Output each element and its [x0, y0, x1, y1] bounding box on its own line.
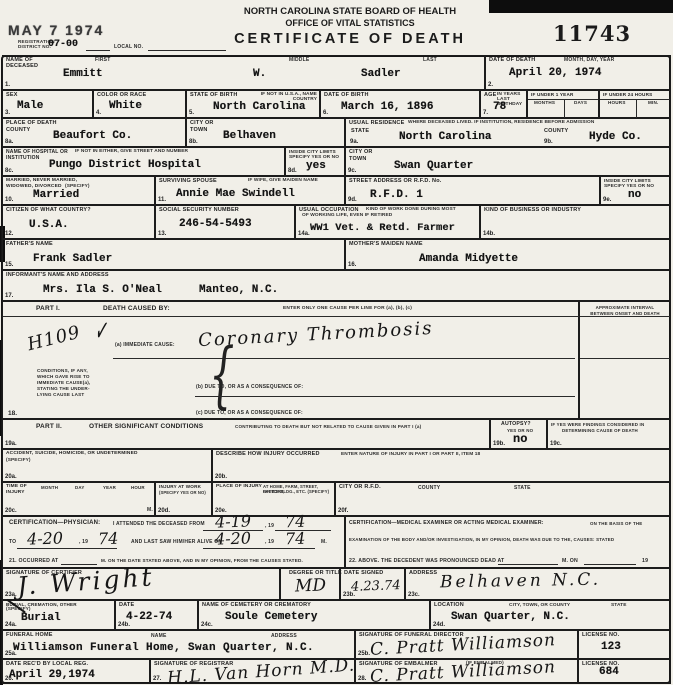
informant-address: Manteo, N.C.	[199, 284, 278, 296]
deceased-first-name: Emmitt	[63, 68, 103, 80]
res-state-value: North Carolina	[399, 131, 491, 143]
field-state-of-birth: STATE OF BIRTH IF NOT IN U.S.A., NAME CO…	[186, 90, 320, 118]
field-place-of-death-county: PLACE OF DEATH COUNTY 8a. Beaufort Co.	[2, 118, 186, 147]
org-name: NORTH CAROLINA STATE BOARD OF HEALTH	[190, 6, 510, 17]
injury-state-label: STATE	[514, 485, 531, 491]
informant-name: Mrs. Ila S. O'Neal	[43, 284, 162, 296]
field-inside-city-limits-res: INSIDE CITY LIMITS SPECIFY YES OR NO 9e.…	[600, 176, 671, 205]
deceased-last-name: Sadler	[361, 68, 401, 80]
part2-title: PART II.	[36, 423, 62, 431]
res-county-value: Hyde Co.	[589, 131, 642, 143]
part1-number: 18.	[8, 410, 17, 417]
field-cemetery: NAME OF CEMETERY OR CREMATORY 24c. Soule…	[198, 600, 430, 630]
field-place-of-injury: PLACE OF INJURY AT HOME, FARM, STREET, F…	[212, 482, 335, 516]
field-age: AGE IN YEARS LAST BIRTHDAY 7. 78	[480, 90, 527, 118]
last-saw-date: 4-20	[215, 528, 252, 548]
first-label: FIRST	[95, 57, 110, 63]
field-funeral-home: FUNERAL HOME NAME ADDRESS 25a. Williamso…	[2, 630, 355, 659]
field-burial-date: DATE 24b. 4-22-74	[115, 600, 198, 630]
field-surviving-spouse: SURVIVING SPOUSE IF WIFE, GIVE MAIDEN NA…	[155, 176, 345, 205]
registrar-signature: H.L. Van Horn M.D.	[167, 655, 356, 685]
attended-to-date: 4-20	[27, 528, 64, 548]
field-date-received: DATE REC'D BY LOCAL REG. 26. April 29,19…	[2, 659, 150, 684]
certification-medical-examiner: CERTIFICATION—MEDICAL EXAMINER OR ACTING…	[345, 516, 671, 568]
certifier-address-value: Belhaven N.C.	[440, 570, 601, 593]
field-if-under-1-year: IF UNDER 1 YEAR MONTHS DAYS	[527, 90, 599, 118]
field-funeral-director-signature: SIGNATURE OF FUNERAL DIRECTOR 25b. C. Pr…	[355, 630, 578, 659]
date-of-death-value: April 20, 1974	[509, 67, 601, 79]
field-place-of-death-city: CITY OR TOWN 8b. Belhaven	[186, 118, 345, 147]
registration-district-value: 07-00	[48, 39, 78, 50]
field-accident-type: ACCIDENT, SUICIDE, HOMICIDE, OR UNDETERM…	[2, 449, 212, 482]
part2-sub: CONTRIBUTING TO DEATH BUT NOT RELATED TO…	[235, 424, 421, 429]
document-title: CERTIFICATE OF DEATH	[170, 31, 530, 47]
field-business: KIND OF BUSINESS OR INDUSTRY 14b.	[480, 205, 671, 239]
field-certifier-address: ADDRESS 23c. Belhaven N.C.	[405, 568, 671, 600]
field-signature-of-certifier: SIGNATURE OF CERTIFIER 23a. J. Wright	[2, 568, 280, 600]
res-county-label: COUNTY	[544, 128, 568, 135]
embalmer-license-value: 684	[599, 666, 619, 678]
last-label: LAST	[423, 57, 437, 63]
part1-caused-by: DEATH CAUSED BY:	[103, 305, 170, 313]
field-if-under-24-hours: IF UNDER 24 HOURS HOURS MIN.	[599, 90, 671, 118]
certificate-number: 11743	[553, 21, 631, 46]
field-inside-city-limits-death: INSIDE CITY LIMITS SPECIFY YES OR NO 8d.…	[285, 147, 345, 176]
part1-note: ENTER ONLY ONE CAUSE PER LINE FOR (a), (…	[283, 306, 412, 311]
field-date-signed: DATE SIGNED 23b. 4.23.74	[340, 568, 405, 600]
injury-city-label: CITY OR R.F.D.	[339, 484, 381, 491]
certifier-signature: J. Wright	[16, 562, 155, 601]
handwritten-brace: {	[209, 332, 234, 416]
part1-interval-column: APPROXIMATE INTERVAL BETWEEN ONSET AND D…	[579, 301, 671, 419]
field-degree-or-title: DEGREE OR TITLE MD	[280, 568, 340, 600]
registration-district-label-2: DISTRICT NO.	[18, 44, 51, 49]
degree-value: MD	[295, 575, 327, 596]
field-burial: BURIAL, CREMATION, OTHER (SPECIFY) 24a. …	[2, 600, 115, 630]
due-to-b-label: (b) DUE TO, OR AS A CONSEQUENCE OF:	[196, 384, 303, 390]
certification-physician: CERTIFICATION—PHYSICIAN: I ATTENDED THE …	[2, 516, 345, 568]
field-cemetery-location: LOCATION CITY, TOWN, OR COUNTY STATE 24d…	[430, 600, 671, 630]
deceased-middle-name: W.	[253, 68, 266, 80]
res-state-label: STATE	[351, 128, 369, 135]
field-race: COLOR OR RACE 4. White	[93, 90, 186, 118]
death-certificate-scan: MAY 7 1974 REGISTRATION DISTRICT NO. 07-…	[0, 0, 673, 685]
attended-to-year: 74	[98, 529, 119, 549]
field-injury-city-county-state: CITY OR R.F.D. 20f. COUNTY STATE	[335, 482, 671, 516]
field-sex: SEX 3. Male	[2, 90, 93, 118]
field-embalmer-signature: SIGNATURE OF EMBALMER (IF EMBALMED) 28. …	[355, 659, 578, 684]
line-22: 22. ABOVE. THE DECEDENT WAS PRONOUNCED D…	[349, 558, 504, 564]
scan-black-bar	[489, 0, 673, 13]
part2-label: OTHER SIGNIFICANT CONDITIONS	[89, 423, 203, 431]
field-usual-residence: USUAL RESIDENCE WHERE DECEASED LIVED. IF…	[345, 118, 671, 147]
field-informant: INFORMANT'S NAME AND ADDRESS 17. Mrs. Il…	[2, 270, 671, 301]
field-injury-at-work: INJURY AT WORK (SPECIFY YES OR NO) 20d.	[155, 482, 212, 516]
margin-checkmark: ✓	[94, 313, 107, 351]
field-autopsy-findings: IF YES WERE FINDINGS CONSIDERED IN DETER…	[547, 419, 671, 449]
field-ssn: SOCIAL SECURITY NUMBER 13. 246-54-5493	[155, 205, 295, 239]
line-21: 21. OCCURRED AT	[9, 558, 58, 564]
field-mother-name: MOTHER'S MAIDEN NAME 16. Amanda Midyette	[345, 239, 671, 270]
field-occupation: USUAL OCCUPATION KIND OF WORK DONE DURIN…	[295, 205, 480, 239]
registration-underline	[86, 50, 110, 51]
due-to-c-label: (c) DUE TO, OR AS A CONSEQUENCE OF:	[196, 410, 303, 416]
margin-code: H109	[25, 322, 83, 355]
received-date-stamp: MAY 7 1974	[8, 22, 104, 38]
field-hospital: NAME OF HOSPITAL OR INSTITUTION IF NOT I…	[2, 147, 285, 176]
field-how-injury-occurred: DESCRIBE HOW INJURY OCCURRED ENTER NATUR…	[212, 449, 671, 482]
field-registrar-signature: SIGNATURE OF REGISTRAR 27. H.L. Van Horn…	[150, 659, 355, 684]
org-office: OFFICE OF VITAL STATISTICS	[190, 18, 510, 28]
immediate-cause-label: (a) IMMEDIATE CAUSE:	[115, 342, 175, 348]
field-date-of-birth: DATE OF BIRTH 6. March 16, 1896	[320, 90, 480, 118]
date-signed-value: 4.23.74	[351, 578, 401, 595]
field-time-of-injury: TIME OF INJURY MONTH DAY YEAR HOUR 20c. …	[2, 482, 155, 516]
local-no-label: LOCAL NO.	[114, 44, 143, 50]
field-father-name: FATHER'S NAME 15. Frank Sadler	[2, 239, 345, 270]
field-residence-city: CITY OR TOWN 9c. Swan Quarter	[345, 147, 671, 176]
field-date-of-death: DATE OF DEATH MONTH, DAY, YEAR 2. April …	[485, 55, 671, 90]
autopsy-value: no	[513, 432, 527, 446]
director-license-value: 123	[601, 641, 621, 653]
field-deceased-name: NAME OF DECEASED FIRST MIDDLE LAST 1. Em…	[2, 55, 485, 90]
local-no-underline	[148, 50, 226, 51]
field-director-license: LICENSE NO. 123	[578, 630, 671, 659]
field-street-address: STREET ADDRESS OR R.F.D. No. 9d. R.F.D. …	[345, 176, 600, 205]
part1-cause-of-death: PART I. DEATH CAUSED BY: ENTER ONLY ONE …	[2, 301, 579, 419]
field-citizen: CITIZEN OF WHAT COUNTRY? 12. U.S.A.	[2, 205, 155, 239]
last-saw-year: 74	[285, 529, 306, 549]
field-embalmer-license: LICENSE NO. 684	[578, 659, 671, 684]
part1-title: PART I.	[36, 305, 60, 313]
injury-county-label: COUNTY	[418, 485, 440, 491]
field-marital-status: MARRIED, NEVER MARRIED, WIDOWED, DIVORCE…	[2, 176, 155, 205]
part2-other-conditions: PART II. OTHER SIGNIFICANT CONDITIONS CO…	[2, 419, 490, 449]
middle-label: MIDDLE	[289, 57, 309, 63]
field-autopsy: AUTOPSY? YES OR NO 19b. no	[490, 419, 547, 449]
